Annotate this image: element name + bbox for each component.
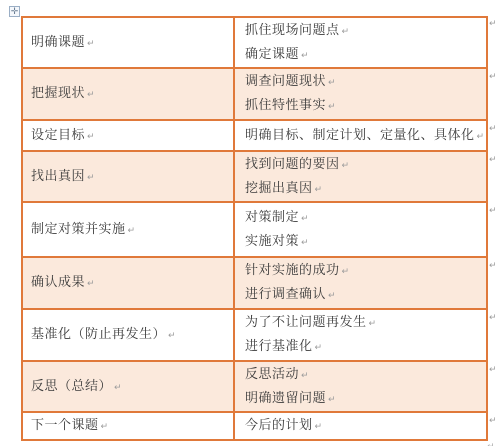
step-cell[interactable]: 制定对策并实施↵ xyxy=(23,203,235,256)
end-of-line-mark: ↵ xyxy=(128,226,136,236)
detail-text: 为了不让问题再发生 xyxy=(245,314,367,329)
move-cross-glyph: ✛ xyxy=(11,7,19,16)
end-of-line-mark: ↵ xyxy=(87,39,95,49)
end-of-line-mark: ↵ xyxy=(328,78,336,88)
detail-cell[interactable]: 抓住现场问题点↵ 确定课题↵ xyxy=(235,18,486,67)
end-of-line-mark: ↵ xyxy=(301,238,309,248)
step-cell[interactable]: 明确课题↵ xyxy=(23,18,235,67)
step-label: 把握现状 xyxy=(31,85,85,100)
detail-text: 进行基准化 xyxy=(245,338,313,353)
table-row: 确认成果↵ 针对实施的成功↵ 进行调查确认↵ xyxy=(23,258,486,310)
detail-text: 抓住现场问题点 xyxy=(245,22,340,37)
detail-cell[interactable]: 针对实施的成功↵ 进行调查确认↵ xyxy=(235,258,486,308)
detail-cell[interactable]: 对策制定↵ 实施对策↵ xyxy=(235,203,486,256)
detail-cell[interactable]: 找到问题的要因↵ 挖掘出真因↵ xyxy=(235,152,486,201)
detail-text: 对策制定 xyxy=(245,209,299,224)
step-label: 下一个课题 xyxy=(31,417,99,432)
detail-cell[interactable]: 今后的计划↵ xyxy=(235,413,486,439)
detail-text: 挖掘出真因 xyxy=(245,180,313,195)
detail-text: 调查问题现状 xyxy=(245,73,326,88)
step-label: 明确课题 xyxy=(31,34,85,49)
row-end-mark: ↵ xyxy=(489,207,499,216)
end-of-line-mark: ↵ xyxy=(87,132,95,142)
step-label: 确认成果 xyxy=(31,274,85,289)
end-of-line-mark: ↵ xyxy=(328,102,336,112)
end-of-line-mark: ↵ xyxy=(315,343,323,353)
detail-text: 找到问题的要因 xyxy=(245,156,340,171)
row-end-mark: ↵ xyxy=(489,262,499,271)
row-end-mark: ↵ xyxy=(489,156,499,165)
end-of-line-mark: ↵ xyxy=(369,319,377,329)
end-of-line-mark: ↵ xyxy=(315,422,323,432)
detail-cell[interactable]: 为了不让问题再发生↵ 进行基准化↵ xyxy=(235,310,486,360)
end-of-line-mark: ↵ xyxy=(328,291,336,301)
step-cell[interactable]: 确认成果↵ xyxy=(23,258,235,308)
end-of-line-mark: ↵ xyxy=(328,395,336,405)
detail-text: 明确目标、制定计划、定量化、具体化 xyxy=(245,127,475,142)
detail-text: 反思活动 xyxy=(245,366,299,381)
end-of-line-mark: ↵ xyxy=(114,383,122,393)
detail-text: 进行调查确认 xyxy=(245,286,326,301)
end-of-line-mark: ↵ xyxy=(342,27,350,37)
table-row: 明确课题↵ 抓住现场问题点↵ 确定课题↵ xyxy=(23,18,486,69)
end-of-line-mark: ↵ xyxy=(168,331,176,341)
document-page: ✛ 明确课题↵ 抓住现场问题点↵ 确定课题↵ 把握现状↵ 调查问题现状↵ 抓住特… xyxy=(0,0,499,446)
step-cell[interactable]: 下一个课题↵ xyxy=(23,413,235,439)
end-of-line-mark: ↵ xyxy=(301,214,309,224)
step-cell[interactable]: 把握现状↵ xyxy=(23,69,235,119)
detail-text: 针对实施的成功 xyxy=(245,262,340,277)
step-cell[interactable]: 基准化（防止再发生）↵ xyxy=(23,310,235,360)
row-end-mark: ↵ xyxy=(489,314,499,323)
qc-story-table: 明确课题↵ 抓住现场问题点↵ 确定课题↵ 把握现状↵ 调查问题现状↵ 抓住特性事… xyxy=(21,16,488,441)
detail-cell[interactable]: 调查问题现状↵ 抓住特性事实↵ xyxy=(235,69,486,119)
row-end-mark: ↵ xyxy=(489,366,499,375)
row-end-mark: ↵ xyxy=(489,73,499,82)
table-row: 设定目标↵ 明确目标、制定计划、定量化、具体化↵ xyxy=(23,121,486,152)
end-of-line-mark: ↵ xyxy=(101,422,109,432)
end-of-line-mark: ↵ xyxy=(87,279,95,289)
end-of-line-mark: ↵ xyxy=(301,371,309,381)
step-cell[interactable]: 设定目标↵ xyxy=(23,121,235,150)
table-row: 把握现状↵ 调查问题现状↵ 抓住特性事实↵ xyxy=(23,69,486,121)
step-label: 找出真因 xyxy=(31,168,85,183)
step-label: 设定目标 xyxy=(31,127,85,142)
detail-text: 抓住特性事实 xyxy=(245,97,326,112)
table-move-handle-icon[interactable]: ✛ xyxy=(9,6,20,17)
end-of-line-mark: ↵ xyxy=(87,90,95,100)
detail-text: 明确遗留问题 xyxy=(245,390,326,405)
end-of-line-mark: ↵ xyxy=(301,51,309,61)
step-cell[interactable]: 找出真因↵ xyxy=(23,152,235,201)
end-of-line-mark: ↵ xyxy=(342,267,350,277)
table-row: 基准化（防止再发生）↵ 为了不让问题再发生↵ 进行基准化↵ xyxy=(23,310,486,362)
step-cell[interactable]: 反思（总结）↵ xyxy=(23,362,235,411)
detail-cell[interactable]: 明确目标、制定计划、定量化、具体化↵ xyxy=(235,121,486,150)
detail-text: 今后的计划 xyxy=(245,417,313,432)
table-row: 制定对策并实施↵ 对策制定↵ 实施对策↵ xyxy=(23,203,486,258)
detail-cell[interactable]: 反思活动↵ 明确遗留问题↵ xyxy=(235,362,486,411)
step-label: 制定对策并实施 xyxy=(31,221,126,236)
row-end-mark: ↵ xyxy=(489,417,499,426)
row-end-mark: ↵ xyxy=(489,20,499,29)
detail-text: 确定课题 xyxy=(245,46,299,61)
row-end-mark: ↵ xyxy=(489,125,499,134)
table-row: 下一个课题↵ 今后的计划↵ xyxy=(23,413,486,439)
end-of-line-mark: ↵ xyxy=(342,161,350,171)
detail-text: 实施对策 xyxy=(245,233,299,248)
end-of-line-mark: ↵ xyxy=(87,173,95,183)
end-of-line-mark: ↵ xyxy=(477,132,485,142)
table-row: 反思（总结）↵ 反思活动↵ 明确遗留问题↵ xyxy=(23,362,486,413)
table-row: 找出真因↵ 找到问题的要因↵ 挖掘出真因↵ xyxy=(23,152,486,203)
paragraph-mark: ↵ xyxy=(487,442,495,446)
end-of-line-mark: ↵ xyxy=(315,185,323,195)
step-label: 基准化（防止再发生） xyxy=(31,326,166,341)
step-label: 反思（总结） xyxy=(31,378,112,393)
